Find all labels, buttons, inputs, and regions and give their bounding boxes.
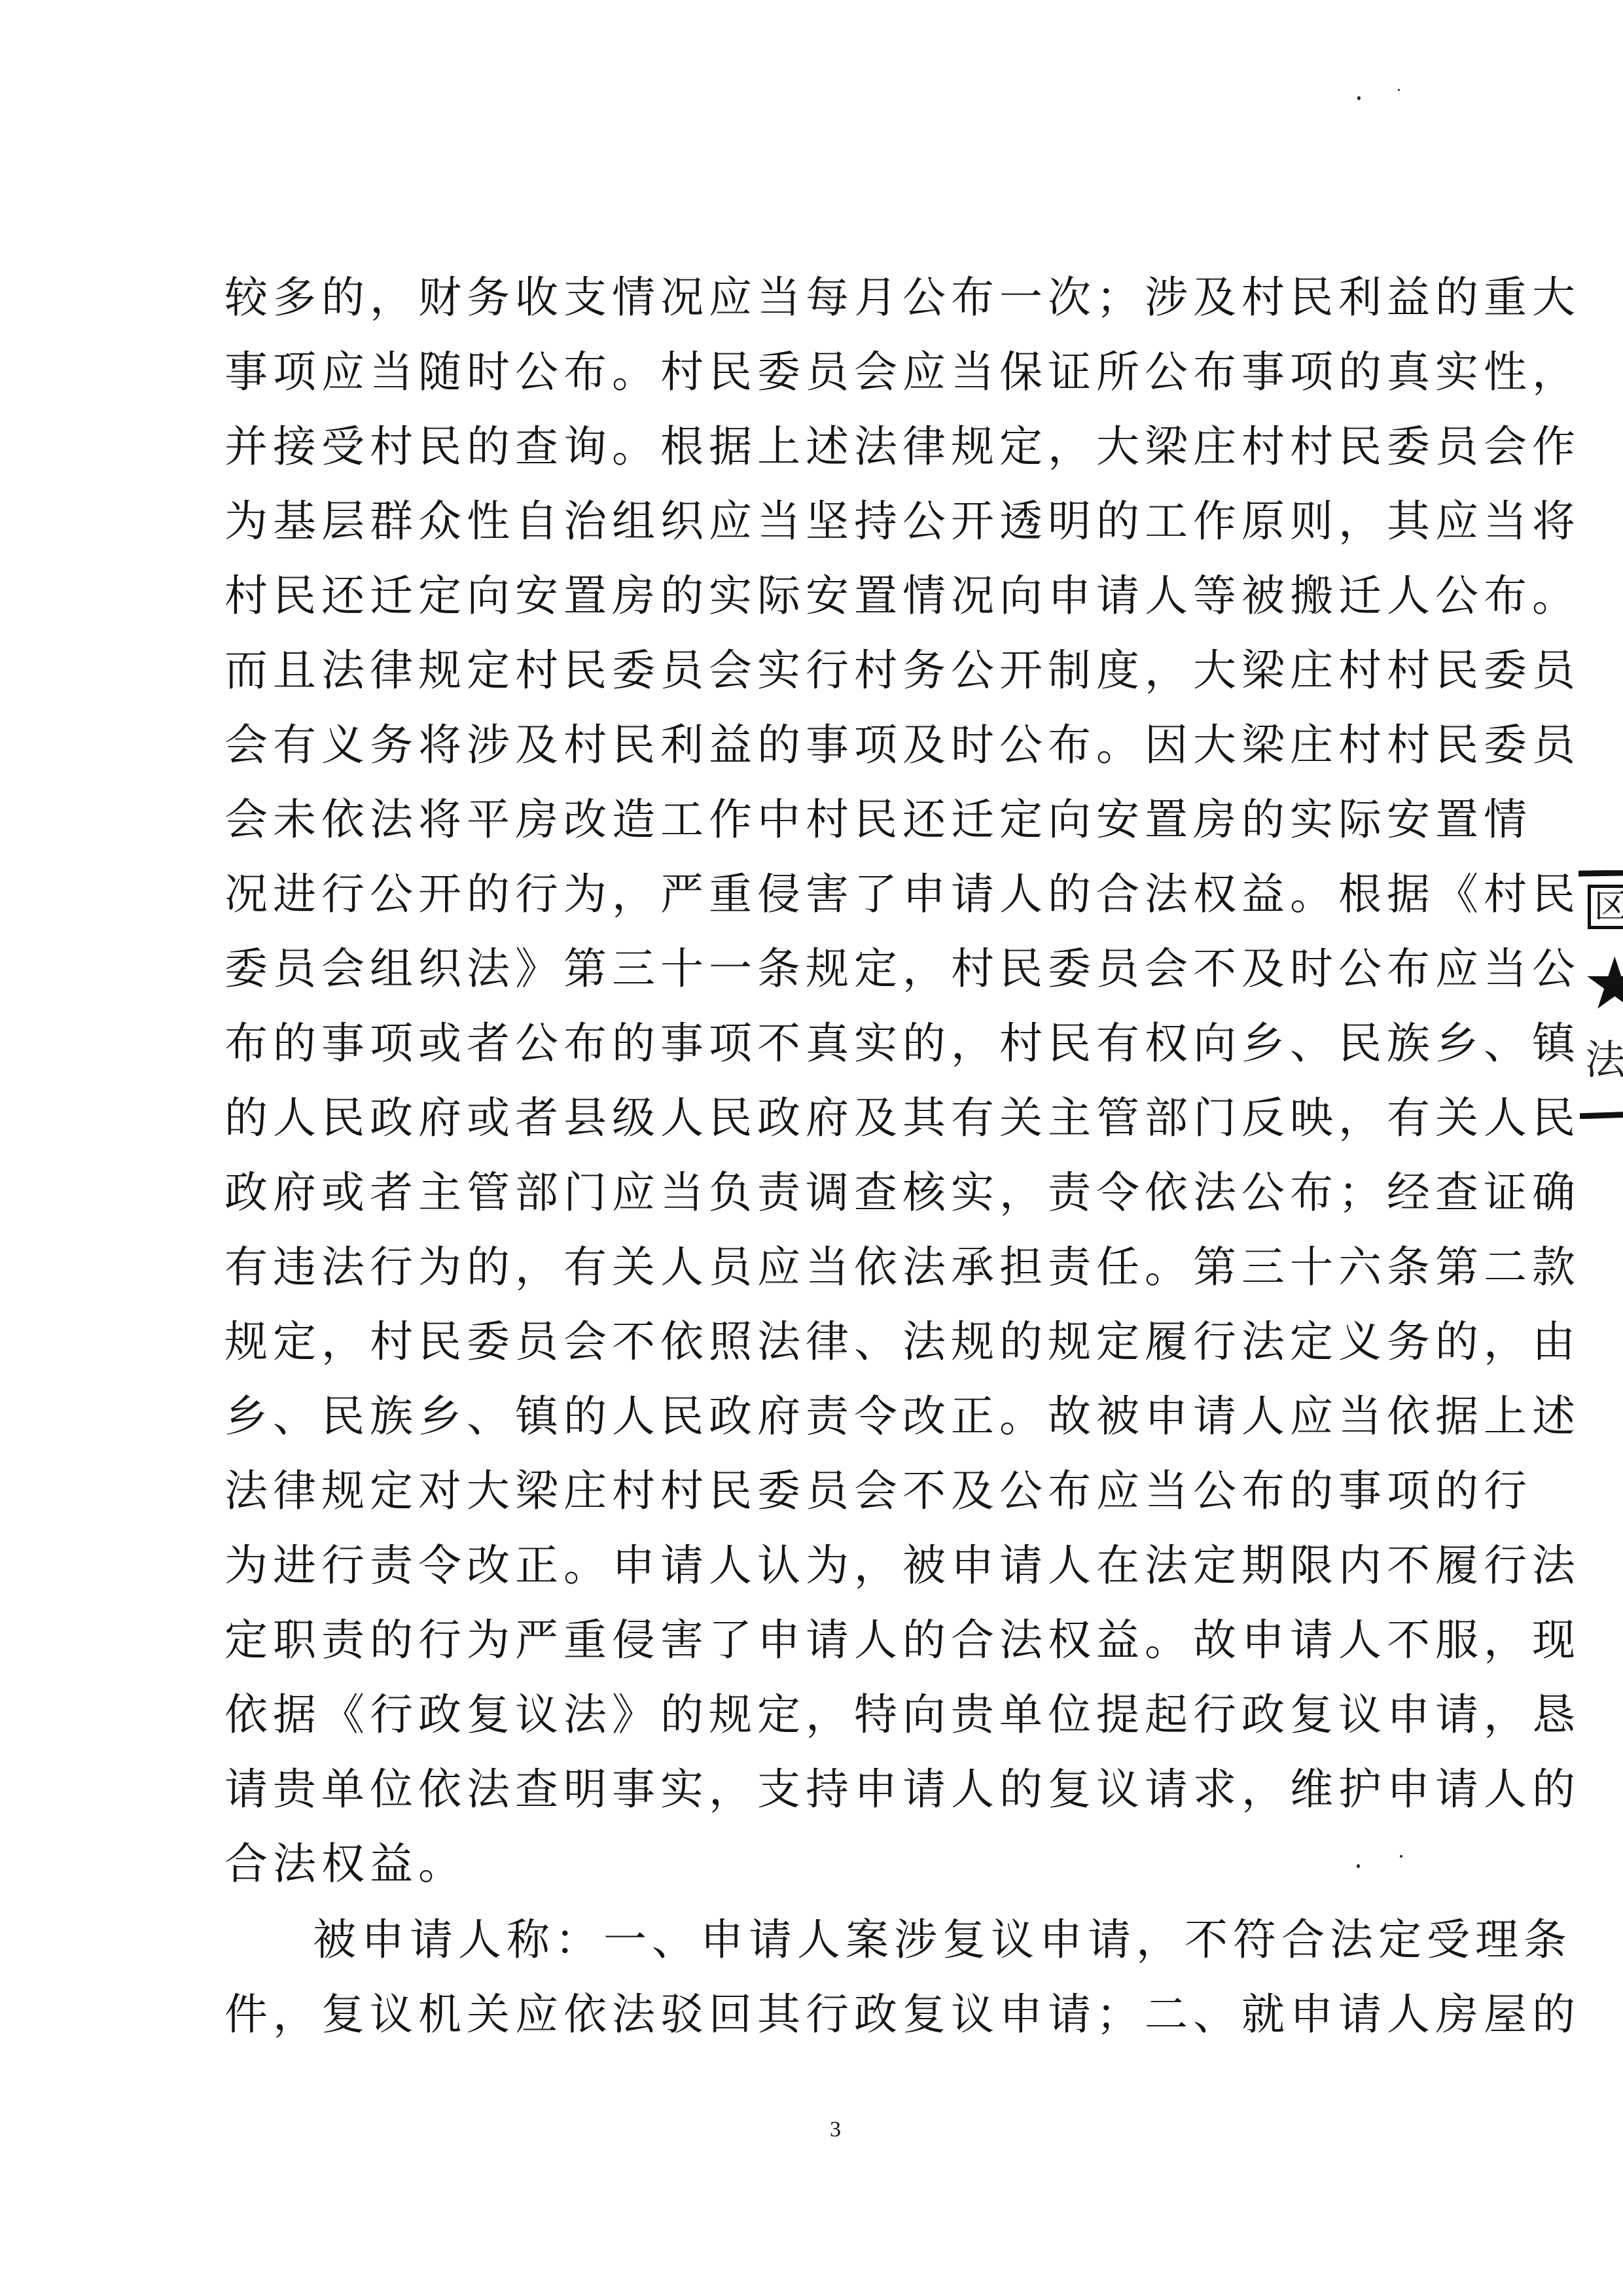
text-line: 规定，村民委员会不依照法律、法规的规定履行法定义务的，由	[224, 1316, 1580, 1368]
text-line: 较多的，财务收支情况应当每月公布一次；涉及村民利益的重大	[224, 272, 1580, 324]
seal-fragment-char: 法	[1585, 1037, 1623, 1083]
text-line: 事项应当随时公布。村民委员会应当保证所公布事项的真实性，	[224, 346, 1580, 398]
scan-speck	[1398, 89, 1400, 91]
text-line: 并接受村民的查询。根据上述法律规定，大梁庄村村民委员会作	[224, 421, 1580, 473]
text-line: 委员会组织法》第三十一条规定，村民委员会不及时公布应当公	[224, 943, 1580, 995]
text-line: 乡、民族乡、镇的人民政府责令改正。故被申请人应当依据上述	[224, 1390, 1580, 1443]
seal-bar-bottom	[1580, 1112, 1623, 1119]
scan-speck	[1357, 96, 1361, 100]
text-line: 布的事项或者公布的事项不真实的，村民有权向乡、民族乡、镇	[224, 1017, 1580, 1070]
document-page: 较多的，财务收支情况应当每月公布一次；涉及村民利益的重大 事项应当随时公布。村民…	[0, 0, 1623, 2296]
scan-speck	[1400, 1855, 1402, 1858]
text-line: 定职责的行为严重侵害了申请人的合法权益。故申请人不服，现	[224, 1614, 1580, 1667]
seal-boxed-char: 区	[1588, 885, 1623, 929]
text-line: 会未依法将平房改造工作中村民还迁定向安置房的实际安置情	[224, 794, 1532, 846]
text-line: 有违法行为的，有关人员应当依法承担责任。第三十六条第二款	[224, 1241, 1580, 1294]
text-line: 况进行公开的行为，严重侵害了申请人的合法权益。根据《村民	[224, 868, 1580, 921]
text-line: 为基层群众性自治组织应当坚持公开透明的工作原则，其应当将	[224, 495, 1580, 548]
seal-bar-top	[1578, 870, 1623, 877]
text-line: 村民还迁定向安置房的实际安置情况向申请人等被搬迁人公布。	[224, 570, 1580, 622]
page-number: 3	[830, 2117, 841, 2143]
paragraph-start-line: 被申请人称：一、申请人案涉复议申请，不符合法定受理条	[313, 1914, 1572, 1966]
official-seal-fragment: 区 ★ 法	[1576, 870, 1623, 1119]
text-line: 会有义务将涉及村民利益的事项及时公布。因大梁庄村村民委员	[224, 719, 1580, 771]
text-line: 为进行责令改正。申请人认为，被申请人在法定期限内不履行法	[224, 1540, 1580, 1592]
text-line: 的人民政府或者县级人民政府及其有关主管部门反映，有关人民	[224, 1092, 1580, 1144]
text-line: 而且法律规定村民委员会实行村务公开制度，大梁庄村村民委员	[224, 645, 1580, 697]
text-line: 请贵单位依法查明事实，支持申请人的复议请求，维护申请人的	[224, 1763, 1580, 1816]
text-line: 件，复议机关应依法驳回其行政复议申请；二、就申请人房屋的	[224, 1988, 1580, 2041]
seal-star-icon: ★	[1582, 947, 1623, 1019]
text-line: 依据《行政复议法》的规定，特向贵单位提起行政复议申请，恳	[224, 1689, 1580, 1741]
text-line: 政府或者主管部门应当负责调查核实，责令依法公布；经查证确	[224, 1167, 1580, 1219]
scan-speck	[1357, 1864, 1360, 1868]
text-line: 法律规定对大梁庄村村民委员会不及公布应当公布的事项的行	[224, 1465, 1532, 1517]
text-line: 合法权益。	[224, 1838, 467, 1890]
